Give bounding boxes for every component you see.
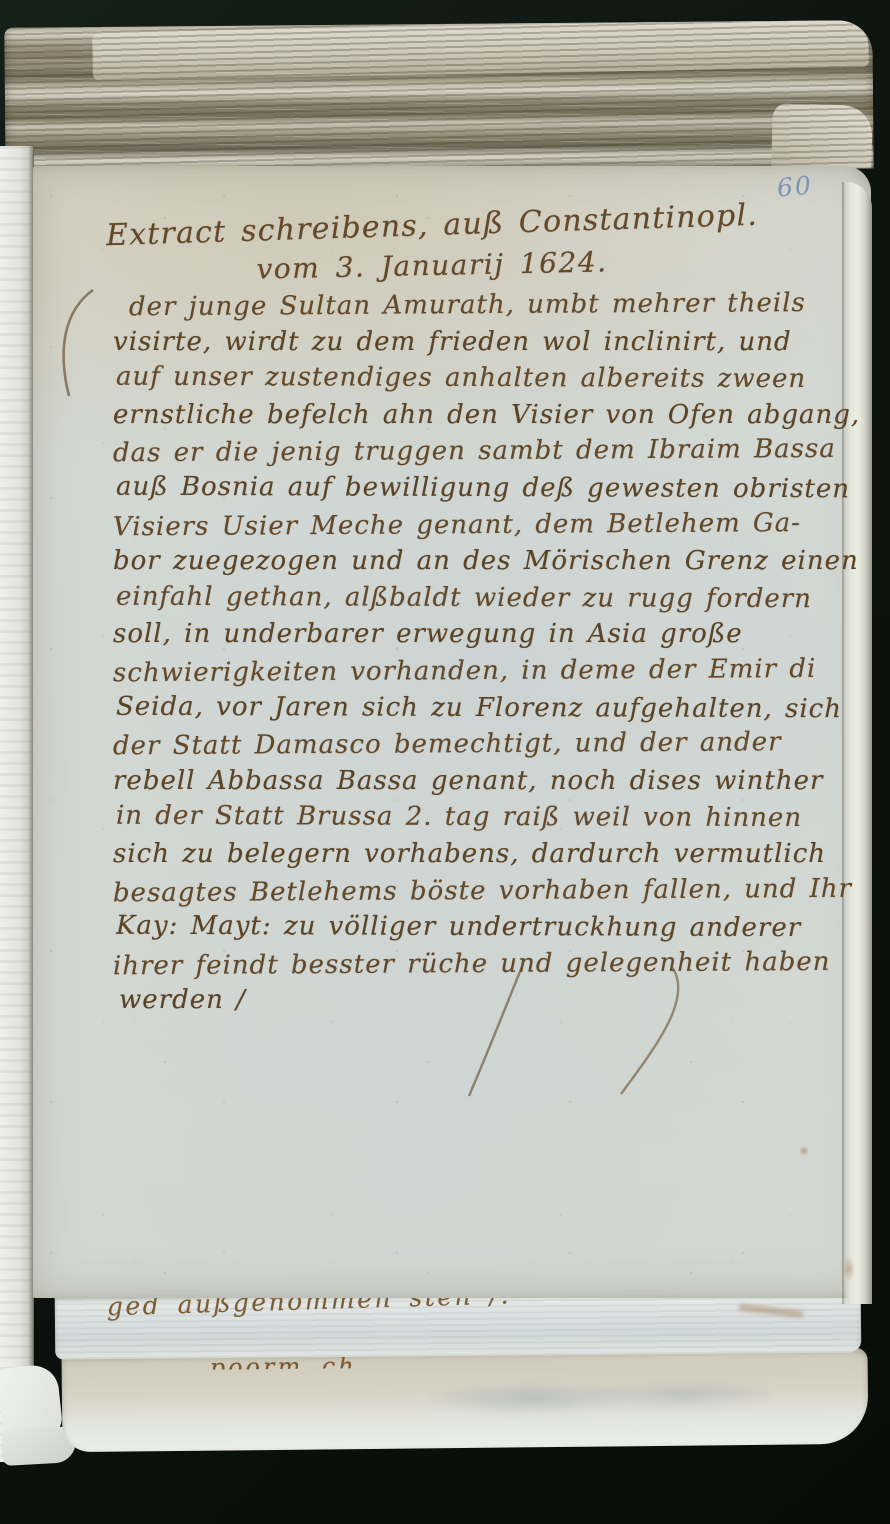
book-top-edge (4, 20, 873, 176)
book-left-fore-edge (0, 146, 34, 1462)
clipped-text-region: ged außgenommen sten /. (107, 1294, 512, 1352)
manuscript-page: 60 Extract schreibens, auß Constantinopl… (33, 166, 871, 1298)
foxing-stain (841, 1252, 857, 1286)
pen-flourish-opening (35, 284, 105, 404)
ink-showthrough (430, 1375, 770, 1421)
manuscript-line: in der Statt Brussa 2. tag raiß weil von… (116, 801, 860, 840)
manuscript-line: Seida, vor Jaren sich zu Florenz aufgeha… (116, 691, 860, 730)
manuscript-line: der junge Sultan Amurath, umbt mehrer th… (129, 288, 860, 329)
manuscript-line: Kay: Mayt: zu völliger undertruckhung an… (116, 911, 860, 950)
manuscript-line: bor zuegezogen und an des Mörischen Gren… (113, 546, 860, 583)
manuscript-line: auß Bosnia auf bewilligung deß gewesten … (116, 472, 860, 511)
foxing-stain (799, 1146, 809, 1156)
manuscript-line: ernstliche befelch ahn den Visier von Of… (113, 400, 860, 437)
under-page-2: poorm ch (62, 1348, 869, 1452)
manuscript-line: soll, in underbarer erwegung in Asia gro… (113, 619, 860, 656)
manuscript-line: auf unser zustendiges anhalten albereits… (116, 362, 860, 401)
manuscript-line: besagtes Betlehems böste vorhaben fallen… (113, 873, 860, 914)
manuscript-line: das er die jenig truggen sambt dem Ibrai… (113, 434, 860, 475)
under-page-1: ged außgenommen sten /. (55, 1290, 862, 1359)
manuscript-line: der Statt Damasco bemechtigt, und der an… (113, 727, 860, 768)
archival-photo-scene: poorm ch ged außgenommen sten /. 60 Extr… (0, 0, 890, 1524)
manuscript-line: Visiers Usier Meche genant, dem Betlehem… (113, 507, 860, 548)
pen-flourish-closing (403, 962, 703, 1102)
manuscript-line: einfahl gethan, alßbaldt wieder zu rugg … (116, 581, 860, 620)
manuscript-body: der junge Sultan Amurath, umbt mehrer th… (113, 290, 860, 1022)
document-heading: Extract schreibens, auß Constantinopl. v… (33, 208, 831, 282)
manuscript-line: sich zu belegern vorhabens, dardurch ver… (113, 839, 860, 876)
manuscript-line: schwierigkeiten vorhanden, in deme der E… (113, 654, 860, 695)
manuscript-line: rebell Abbassa Bassa genant, noch dises … (113, 766, 860, 803)
manuscript-line: visirte, wirdt zu dem frieden wol inclin… (113, 327, 860, 364)
folded-corner-sheet (770, 103, 873, 175)
